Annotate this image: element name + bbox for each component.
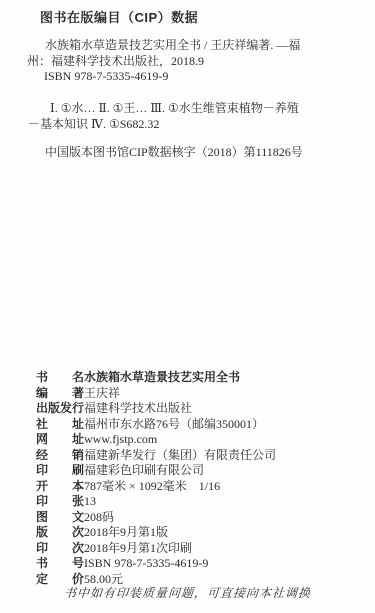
colophon-row: 网址 www.fjstp.com [36,432,356,448]
row-label: 社址 [36,417,84,433]
colophon-row: 开本 787毫米 × 1092毫米 1/16 [36,479,356,495]
colophon-row: 社址 福州市东水路76号（邮编350001） [36,417,356,433]
colophon-row: 书名 水族箱水草造景技艺实用全书 [36,370,356,386]
row-label: 图文 [36,510,84,526]
colophon-row: 印刷 福建彩色印刷有限公司 [36,463,356,479]
row-label: 印次 [36,541,84,557]
row-label: 定价 [36,572,84,588]
row-value: 福建科学技术出版社 [84,401,192,417]
colophon-row: 版次 2018年9月第1版 [36,525,356,541]
row-value: 王庆祥 [84,386,120,402]
row-value: ISBN 978-7-5335-4619-9 [84,556,208,572]
row-label: 网址 [36,432,84,448]
row-value: 福建新华发行（集团）有限责任公司 [84,448,276,464]
cip-heading: 图书在版编目（CIP）数据 [40,9,198,27]
row-value: 2018年9月第1次印刷 [84,541,192,557]
row-value: 787毫米 × 1092毫米 1/16 [84,479,220,495]
row-label: 印张 [36,494,84,510]
row-label: 书名 [36,370,84,386]
quality-note: 书中如有印装质量问题，可直接向本社调换 [63,586,311,601]
book-copyright-page: 图书在版编目（CIP）数据 水族箱水草造景技艺实用全书 / 王庆祥编著. —福 … [0,0,375,613]
cip-record-line-2: 州：福建科学技术出版社，2018.9 [27,54,357,70]
colophon-row: 书号 ISBN 978-7-5335-4619-9 [36,556,356,572]
cip-record-line-1: 水族箱水草造景技艺实用全书 / 王庆祥编著. —福 [27,38,357,54]
row-label: 印刷 [36,463,84,479]
row-label: 编著 [36,386,84,402]
cip-number: 中国版本图书馆CIP数据核字（2018）第111826号 [45,145,303,161]
cip-classification: Ⅰ. ①水… Ⅱ. ①王… Ⅲ. ①水生维管束植物－养殖 －基本知识 Ⅳ. ①S… [28,101,358,132]
colophon-row: 印次 2018年9月第1次印刷 [36,541,356,557]
row-value: 58.00元 [84,572,123,588]
row-label: 开本 [36,479,84,495]
colophon-table: 书名 水族箱水草造景技艺实用全书 编著 王庆祥 出版发行 福建科学技术出版社 社… [36,370,356,587]
row-label: 出版发行 [36,401,84,417]
row-value: 水族箱水草造景技艺实用全书 [84,370,240,386]
row-value: 13 [84,494,96,510]
row-value: 2018年9月第1版 [84,525,168,541]
classification-line-1: Ⅰ. ①水… Ⅱ. ①王… Ⅲ. ①水生维管束植物－养殖 [28,101,358,117]
colophon-row: 经销 福建新华发行（集团）有限责任公司 [36,448,356,464]
cip-record: 水族箱水草造景技艺实用全书 / 王庆祥编著. —福 州：福建科学技术出版社，20… [27,38,357,85]
colophon-row: 图文 208码 [36,510,356,526]
classification-line-2: －基本知识 Ⅳ. ①S682.32 [28,117,358,133]
row-label: 经销 [36,448,84,464]
colophon-row: 定价 58.00元 [36,572,356,588]
row-value: 福州市东水路76号（邮编350001） [84,417,264,433]
colophon-row: 印张 13 [36,494,356,510]
colophon-row: 出版发行 福建科学技术出版社 [36,401,356,417]
row-value: www.fjstp.com [84,432,157,448]
row-label: 版次 [36,525,84,541]
row-value: 福建彩色印刷有限公司 [84,463,204,479]
colophon-row: 编著 王庆祥 [36,386,356,402]
cip-record-line-3: ISBN 978-7-5335-4619-9 [27,69,357,85]
row-label: 书号 [36,556,84,572]
row-value: 208码 [84,510,114,526]
